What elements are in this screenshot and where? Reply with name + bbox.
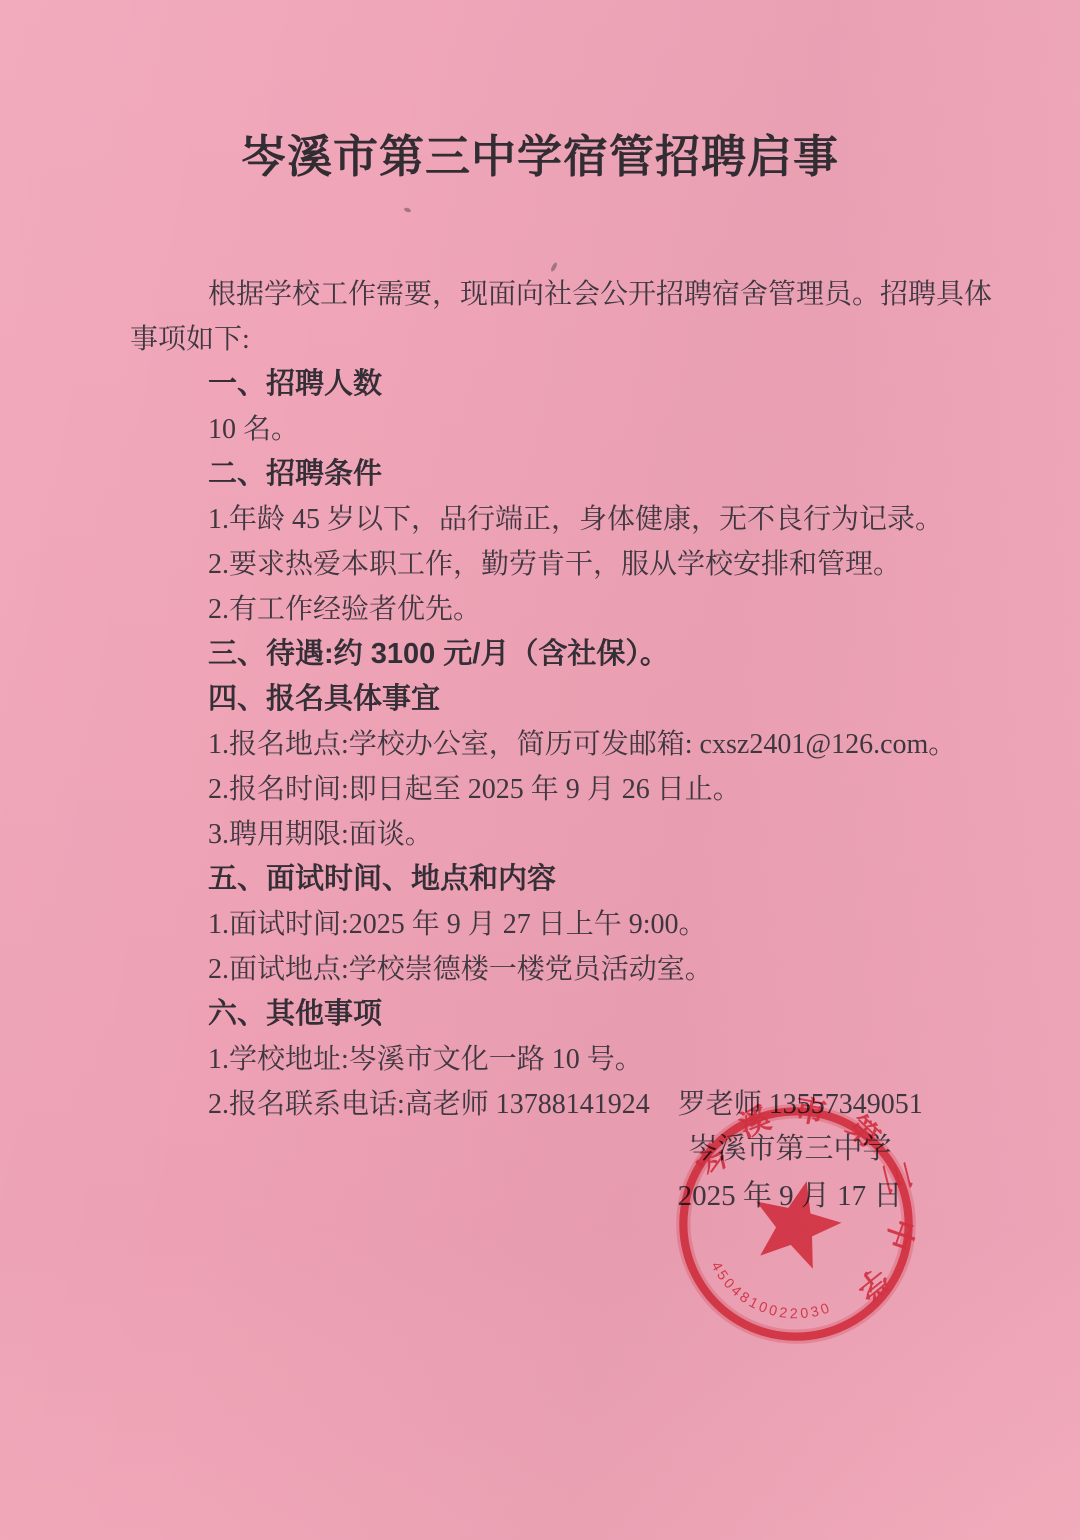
list-item: 1.年龄 45 岁以下，品行端正，身体健康，无不良行为记录。 (130, 497, 1020, 542)
intro-line: 根据学校工作需要，现面向社会公开招聘宿舍管理员。招聘具体 (130, 272, 1020, 317)
list-item: 2.要求热爱本职工作，勤劳肯干，服从学校安排和管理。 (130, 542, 1020, 587)
list-item: 2.有工作经验者优先。 (130, 587, 1020, 632)
section-heading: 一、招聘人数 (130, 362, 1020, 407)
list-item: 3.聘用期限:面谈。 (130, 812, 1020, 857)
ink-smudge (404, 207, 412, 213)
list-item: 1.报名地点:学校办公室，简历可发邮箱: cxsz2401@126.com。 (130, 722, 1020, 767)
list-item: 10 名。 (130, 407, 1020, 452)
official-seal: 岑溪市第三中学 4504810022030 (651, 1079, 940, 1368)
list-item: 2.面试地点:学校崇德楼一楼党员活动室。 (130, 947, 1020, 992)
ink-smudge (550, 262, 558, 273)
star-icon (744, 1171, 849, 1273)
page-title: 岑溪市第三中学宿管招聘启事 (0, 120, 1080, 185)
section-heading: 三、待遇:约 3100 元/月（含社保）。 (130, 632, 1020, 677)
notice-document: 岑溪市第三中学宿管招聘启事 根据学校工作需要，现面向社会公开招聘宿舍管理员。招聘… (0, 0, 1080, 1540)
list-item: 1.面试时间:2025 年 9 月 27 日上午 9:00。 (130, 902, 1020, 947)
section-heading: 二、招聘条件 (130, 452, 1020, 497)
section-heading: 五、面试时间、地点和内容 (130, 857, 1020, 902)
section-heading: 六、其他事项 (130, 992, 1020, 1037)
notice-body: 根据学校工作需要，现面向社会公开招聘宿舍管理员。招聘具体 事项如下: 一、招聘人… (130, 272, 1020, 1127)
list-item: 1.学校地址:岑溪市文化一路 10 号。 (130, 1037, 1020, 1082)
section-heading: 四、报名具体事宜 (130, 677, 1020, 722)
list-item: 2.报名时间:即日起至 2025 年 9 月 26 日止。 (130, 767, 1020, 812)
intro-line: 事项如下: (130, 317, 1020, 362)
